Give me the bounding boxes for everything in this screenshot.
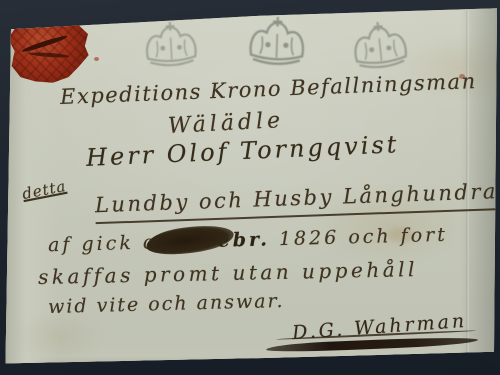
- margin-note: detta: [21, 177, 68, 203]
- body-line-1-post: 1826 och fort: [279, 224, 448, 250]
- crown-stamp-icon: [135, 18, 208, 72]
- route-line: Lundby och Husby Långhundra.: [95, 179, 500, 224]
- letter-paper: Expeditions Krono Befallningsman Wälädle…: [0, 0, 500, 375]
- ink-blot: [145, 222, 236, 259]
- address-line-2: Wälädle: [167, 108, 284, 139]
- address-line-3: Herr Olof Torngqvist: [86, 130, 400, 172]
- address-line-1: Expeditions Krono Befallningsman: [60, 69, 477, 109]
- crown-stamp-icon: [237, 14, 317, 71]
- crown-stamp-icon: [341, 16, 418, 75]
- letter-photo: Expeditions Krono Befallningsman Wälädle…: [0, 0, 500, 375]
- wax-seal: [7, 14, 91, 85]
- aging-speck: [94, 57, 99, 61]
- body-line-3: wid vite och answar.: [48, 290, 285, 318]
- body-line-2: skaffas promt utan uppehåll: [38, 257, 418, 289]
- body-line-1: af gick of 3 Febr. 1826 och fort: [48, 224, 448, 256]
- wax-seal-texture: [7, 14, 91, 85]
